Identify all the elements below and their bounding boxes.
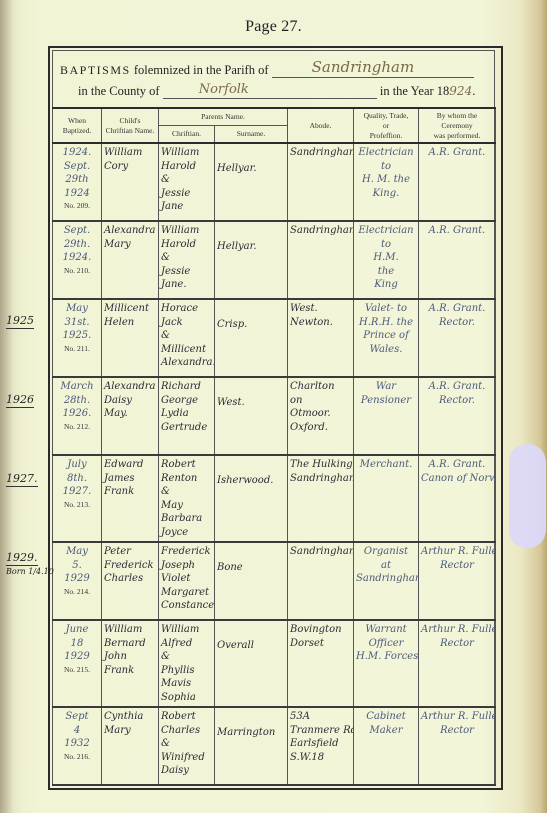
cell-abode: Sandringham — [288, 221, 354, 299]
cell-surname: West. — [215, 377, 288, 455]
cell-when-baptized: May5.1929No. 214. — [53, 542, 102, 620]
table-row: July8th.1927.No. 213.EdwardJamesFrankRob… — [53, 455, 496, 542]
cell-abode: West.Newton. — [288, 299, 354, 377]
cell-when-baptized: July8th.1927.No. 213. — [53, 455, 102, 542]
cell-abode: CharltononOtmoor.Oxford. — [288, 377, 354, 455]
cell-parents-christian: WilliamHarold&JessieJane — [159, 143, 215, 221]
cell-parents-christian: WilliamAlfred&PhyllisMavisSophia — [159, 620, 215, 707]
cell-parents-christian: RobertCharles&WinifredDaisy — [159, 707, 215, 785]
cell-performed-by: A.R. Grant.Canon of Norwich — [419, 455, 496, 542]
table-row: March28th.1926.No. 212.AlexandraDaisyMay… — [53, 377, 496, 455]
margin-year-note: 1929.Born 1/4.10 — [6, 551, 54, 576]
baptisms-label: BAPTISMS — [60, 63, 131, 77]
margin-year-note: 1926 — [6, 393, 34, 406]
cell-child-name: WilliamBernardJohnFrank — [102, 620, 159, 707]
table-row: 1924.Sept.29th1924No. 209.WilliamCoryWil… — [53, 143, 496, 221]
col-abode: Abode. — [288, 108, 354, 143]
cell-parents-christian: HoraceJack&MillicentAlexandra. — [159, 299, 215, 377]
cell-child-name: EdwardJamesFrank — [102, 455, 159, 542]
page-tab-marker[interactable] — [509, 444, 546, 548]
cell-quality: CabinetMaker — [354, 707, 419, 785]
county-value: Norfolk — [199, 82, 249, 97]
cell-surname: Bone — [215, 542, 288, 620]
table-row: May31st.1925.No. 211.MillicentHelenHorac… — [53, 299, 496, 377]
entry-number: No. 212. — [55, 422, 99, 432]
cell-child-name: AlexandraMary — [102, 221, 159, 299]
col-when-baptized: When Baptized. — [53, 108, 102, 143]
margin-birth-note: Born 1/4.10 — [6, 567, 54, 576]
county-field: Norfolk — [163, 83, 377, 99]
col-child-name: Child's Chriftian Name. — [102, 108, 159, 143]
year-value: 924 — [449, 84, 472, 98]
cell-quality: WarPensioner — [354, 377, 419, 455]
cell-when-baptized: Sept.29th.1924.No. 210. — [53, 221, 102, 299]
year-label: in the Year 18 — [380, 84, 449, 98]
cell-quality: WarrantOfficerH.M. Forces — [354, 620, 419, 707]
cell-performed-by: A.R. Grant. — [419, 143, 496, 221]
parish-value: Sandringham — [312, 58, 415, 76]
cell-performed-by: Arthur R. FullerRector — [419, 620, 496, 707]
entry-number: No. 209. — [55, 201, 99, 211]
cell-when-baptized: June181929No. 215. — [53, 620, 102, 707]
cell-child-name: AlexandraDaisyMay. — [102, 377, 159, 455]
cell-performed-by: A.R. Grant. — [419, 221, 496, 299]
cell-performed-by: A.R. Grant.Rector. — [419, 299, 496, 377]
cell-when-baptized: 1924.Sept.29th1924No. 209. — [53, 143, 102, 221]
margin-year-note: 1925 — [6, 314, 34, 327]
cell-quality: ElectriciantoH.M.theKing — [354, 221, 419, 299]
cell-parents-christian: FrederickJosephVioletMargaretConstance — [159, 542, 215, 620]
entry-number: No. 215. — [55, 665, 99, 675]
cell-child-name: CynthiaMary — [102, 707, 159, 785]
entry-number: No. 210. — [55, 266, 99, 276]
entry-number: No. 214. — [55, 587, 99, 597]
cell-surname: Hellyar. — [215, 221, 288, 299]
parish-line: BAPTISMS folemnized in the Parifh of San… — [60, 62, 474, 78]
cell-quality: Valet- toH.R.H. thePrince ofWales. — [354, 299, 419, 377]
county-line: in the County of Norfolk in the Year 189… — [78, 83, 475, 99]
col-quality: Quality, Trade, or Profeffion. — [354, 108, 419, 143]
cell-abode: Sandringham — [288, 143, 354, 221]
cell-parents-christian: RichardGeorgeLydiaGertrude — [159, 377, 215, 455]
cell-performed-by: A.R. Grant.Rector. — [419, 377, 496, 455]
col-parents-name: Parents Name. — [159, 108, 288, 126]
cell-abode: BovingtonDorset — [288, 620, 354, 707]
cell-child-name: PeterFrederickCharles — [102, 542, 159, 620]
cell-when-baptized: Sept41932No. 216. — [53, 707, 102, 785]
cell-performed-by: Arthur R. FullerRector — [419, 707, 496, 785]
county-label: in the County of — [78, 84, 160, 98]
cell-parents-christian: WilliamHarold&JessieJane. — [159, 221, 215, 299]
entry-number: No. 213. — [55, 500, 99, 510]
solemnized-label: folemnized in the Parifh of — [134, 63, 269, 77]
col-parents-surname: Surname. — [215, 126, 288, 144]
cell-abode: The HulkingSandringham — [288, 455, 354, 542]
cell-surname: Overall — [215, 620, 288, 707]
parish-field: Sandringham — [272, 62, 474, 78]
table-row: Sept41932No. 216.CynthiaMaryRobertCharle… — [53, 707, 496, 785]
entry-number: No. 216. — [55, 752, 99, 762]
table-row: June181929No. 215.WilliamBernardJohnFran… — [53, 620, 496, 707]
cell-quality: ElectriciantoH. M. theKing. — [354, 143, 419, 221]
page-title: Page 27. — [0, 18, 547, 36]
cell-parents-christian: RobertRenton&MayBarbaraJoyce — [159, 455, 215, 542]
table-row: May5.1929No. 214.PeterFrederickCharlesFr… — [53, 542, 496, 620]
cell-surname: Hellyar. — [215, 143, 288, 221]
cell-quality: OrganistatSandringham — [354, 542, 419, 620]
cell-quality: Merchant. — [354, 455, 419, 542]
margin-year-note: 1927. — [6, 472, 38, 485]
year-suffix: . — [472, 84, 475, 98]
cell-surname: Marrington — [215, 707, 288, 785]
cell-abode: Sandringham — [288, 542, 354, 620]
cell-when-baptized: March28th.1926.No. 212. — [53, 377, 102, 455]
col-parents-christian: Chriftian. — [159, 126, 215, 144]
col-performed-by: By whom the Ceremony was performed. — [419, 108, 496, 143]
cell-surname: Isherwood. — [215, 455, 288, 542]
entry-number: No. 211. — [55, 344, 99, 354]
cell-when-baptized: May31st.1925.No. 211. — [53, 299, 102, 377]
cell-child-name: WilliamCory — [102, 143, 159, 221]
baptism-register-table: When Baptized. Child's Chriftian Name. P… — [52, 107, 496, 786]
cell-surname: Crisp. — [215, 299, 288, 377]
cell-child-name: MillicentHelen — [102, 299, 159, 377]
cell-performed-by: Arthur R. FullerRector — [419, 542, 496, 620]
table-row: Sept.29th.1924.No. 210.AlexandraMaryWill… — [53, 221, 496, 299]
cell-abode: 53ATranmere RdEarlsfieldS.W.18 — [288, 707, 354, 785]
